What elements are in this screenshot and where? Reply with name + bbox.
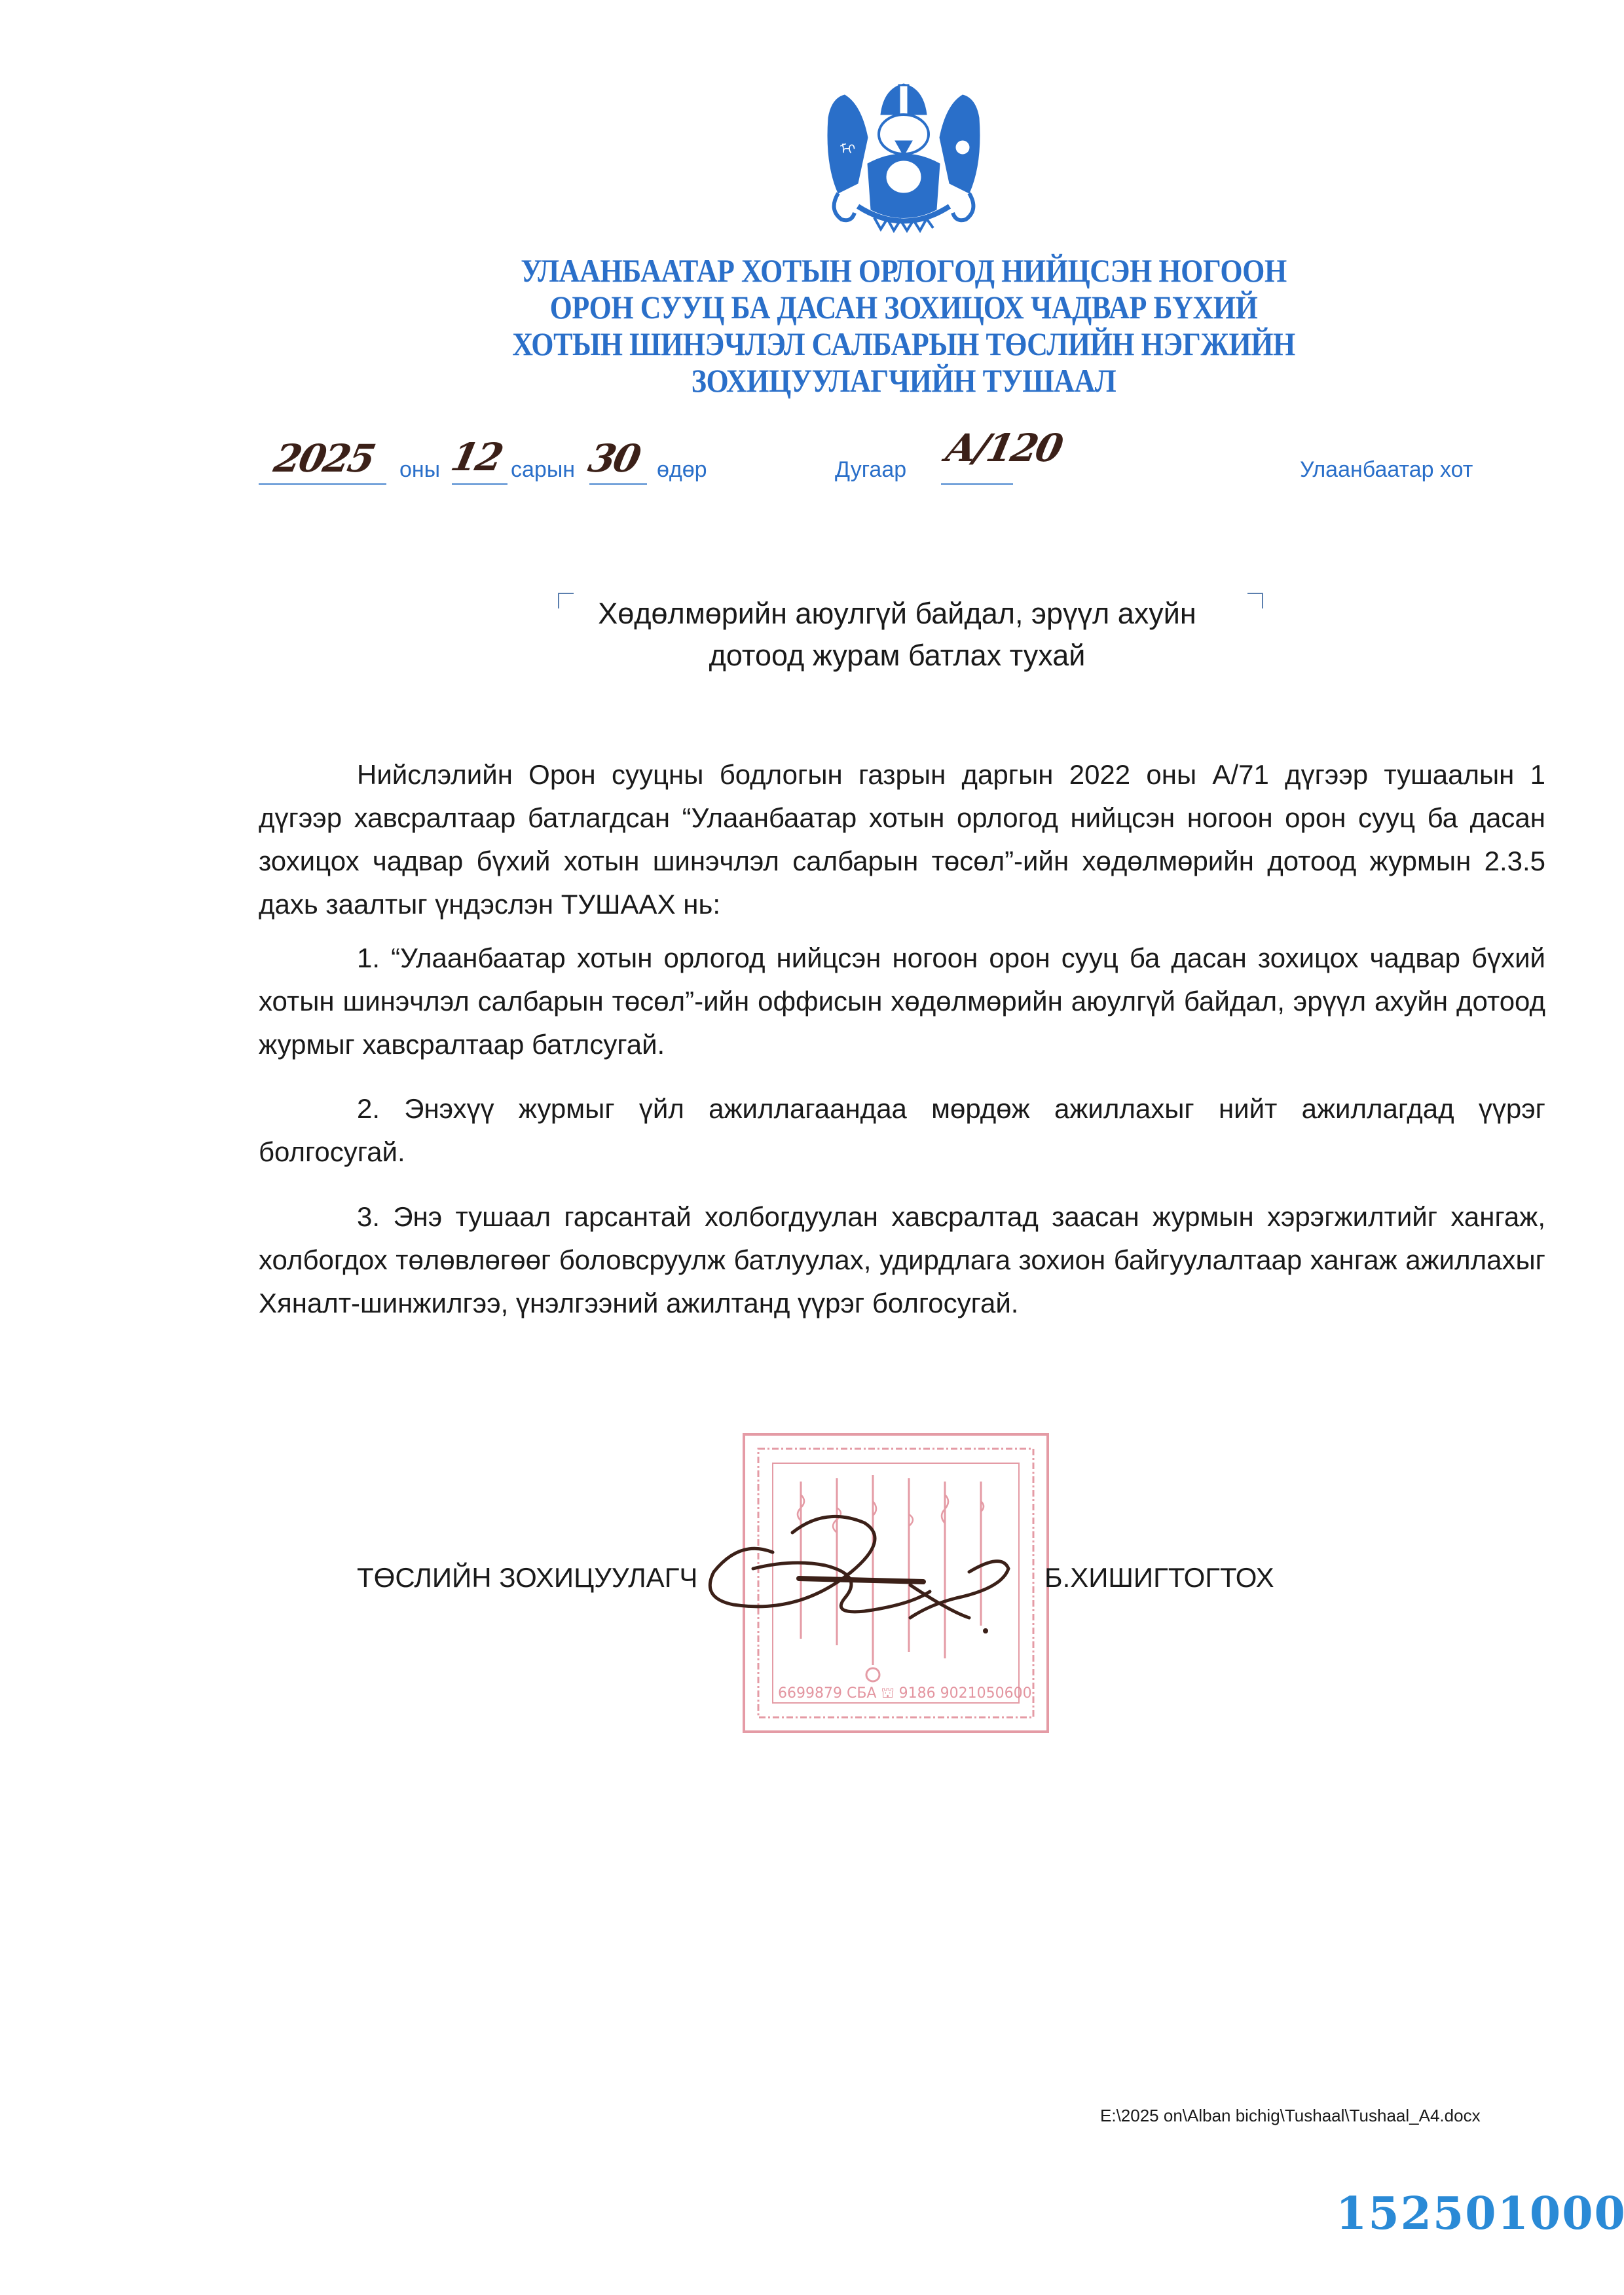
organization-header: УЛААНБААТАР ХОТЫН ОРЛОГОД НИЙЦСЭН НОГООН… bbox=[454, 252, 1354, 399]
signatory-name: Б.ХИШИГТОГТОХ bbox=[1044, 1562, 1274, 1594]
title-line-2: дотоод журам батлах тухай bbox=[537, 635, 1257, 677]
header-line-4: ЗОХИЦУУЛАГЧИЙН ТУШААЛ bbox=[454, 362, 1354, 399]
number-label: Дугаар bbox=[835, 457, 906, 483]
stamp-bottom-text: 6699879 СБА ⛫ 9186 9021050600 bbox=[778, 1685, 1032, 1702]
handwritten-signature-icon bbox=[694, 1500, 1035, 1637]
title-line-1: Хөдөлмөрийн аюулгүй байдал, эрүүл ахуйн bbox=[537, 593, 1257, 635]
header-line-1: УЛААНБААТАР ХОТЫН ОРЛОГОД НИЙЦСЭН НОГООН bbox=[454, 252, 1354, 289]
signatory-role: ТӨСЛИЙН ЗОХИЦУУЛАГЧ bbox=[357, 1562, 697, 1594]
place-label: Улаанбаатар хот bbox=[1300, 457, 1473, 483]
order-item-3: 3. Энэ тушаал гарсантай холбогдуулан хав… bbox=[259, 1195, 1545, 1325]
order-item-2: 2. Энэхүү журмыг үйл ажиллагаандаа мөрдө… bbox=[259, 1087, 1545, 1174]
registration-number-stamp: 15250100018 bbox=[1336, 2188, 1624, 2240]
year-underline bbox=[259, 483, 386, 485]
year-handwritten: 2025 bbox=[270, 436, 378, 481]
garuda-emblem-icon: ᠮ᠊ᠢ bbox=[822, 79, 986, 236]
day-label: өдөр bbox=[657, 457, 707, 483]
number-underline bbox=[941, 483, 1013, 485]
header-line-3: ХОТЫН ШИНЭЧЛЭЛ САЛБАРЫН ТӨСЛИЙН НЭГЖИЙН bbox=[454, 326, 1354, 362]
file-path-footer: E:\2025 on\Alban bichig\Tushaal\Tushaal_… bbox=[1100, 2106, 1481, 2126]
month-handwritten: 12 bbox=[447, 435, 506, 479]
document-title: Хөдөлмөрийн аюулгүй байдал, эрүүл ахуйн … bbox=[537, 593, 1257, 677]
svg-text:ᠮ᠊ᠢ: ᠮ᠊ᠢ bbox=[840, 141, 855, 157]
month-label: сарын bbox=[511, 457, 575, 483]
day-handwritten: 30 bbox=[585, 436, 643, 481]
number-handwritten: А/120 bbox=[942, 426, 1065, 470]
order-item-1: 1. “Улаанбаатар хотын орлогод нийцсэн но… bbox=[259, 937, 1545, 1066]
day-underline bbox=[589, 483, 647, 485]
intro-paragraph: Нийслэлийн Орон сууцны бодлогын газрын д… bbox=[259, 753, 1545, 926]
year-label: оны bbox=[399, 457, 440, 483]
date-number-row: 2025 оны 12 сарын 30 өдөр Дугаар А/120 У… bbox=[0, 432, 1624, 491]
header-line-2: ОРОН СУУЦ БА ДАСАН ЗОХИЦОХ ЧАДВАР БҮХИЙ bbox=[454, 289, 1354, 326]
month-underline bbox=[452, 483, 507, 485]
